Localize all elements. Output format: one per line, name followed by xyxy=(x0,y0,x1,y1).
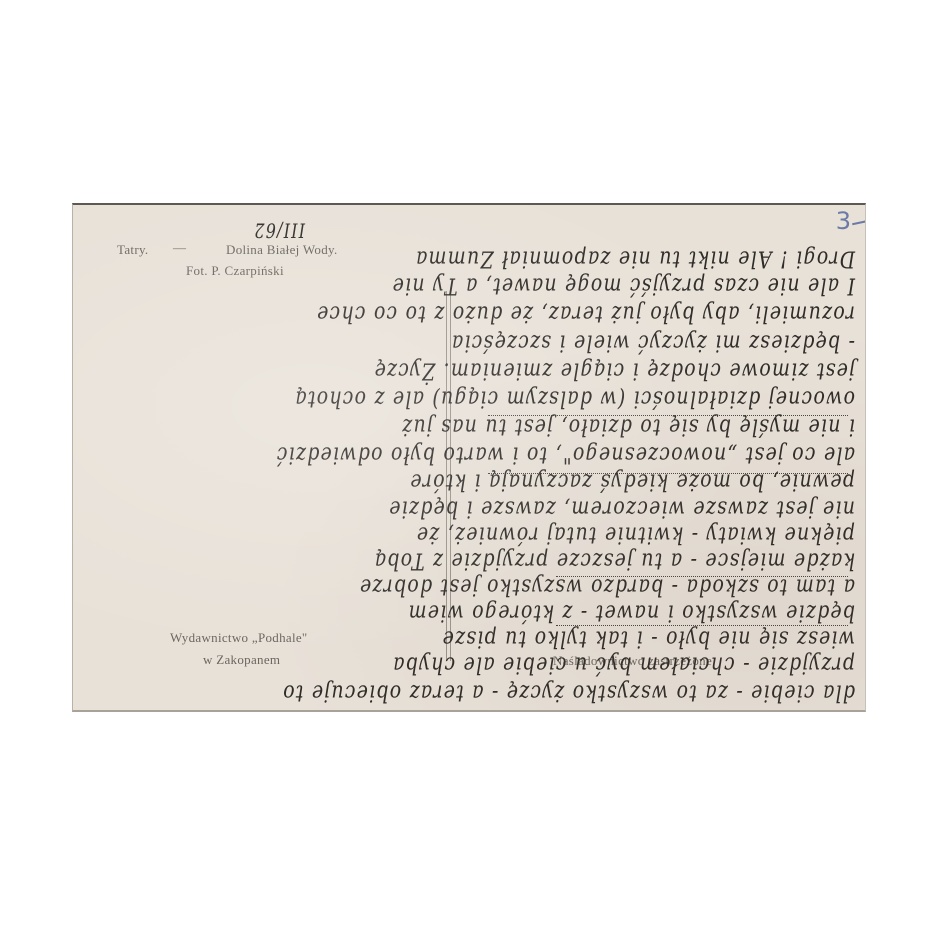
handwriting-line: I ale nie czas przyjść mogę nawet, a Ty … xyxy=(391,272,855,300)
postcard-back: Tatry. — Dolina Białej Wody. Fot. P. Cza… xyxy=(72,203,866,712)
handwriting-line: - będziesz mi życzyć wiele i szczęścia xyxy=(451,329,855,357)
handwriting-line: wiesz się nie było - i tak tylko tu pisz… xyxy=(441,625,855,653)
handwriting-line: dla ciebie - za to wszystko życzę - a te… xyxy=(282,679,855,707)
handwriting-line: będzie wszystko i nawet - z którego wiem xyxy=(407,599,855,627)
handwriting-line: każde miejsce - a tu jeszcze przyjdzie z… xyxy=(374,547,855,575)
handwriting-line: i nie myślę by się to działo, jest tu na… xyxy=(401,413,855,441)
handwriting-line: rozumieli, aby było już teraz, że dużo z… xyxy=(316,300,855,328)
handwriting-line: a tam to szkoda - bardzo wszystko jest d… xyxy=(359,573,855,601)
handwriting-line: pewnie, bo może kiedyś zaczynają i które xyxy=(409,468,855,496)
handwriting-line: Drogi ! Ale nikt tu nie zapomniał Zumma xyxy=(415,245,855,273)
handwriting-line: ale co jest „nowoczesnego", to i warto b… xyxy=(276,441,855,469)
handwriting-line: jest zimowe chodzę i ciągle zmieniam. Ży… xyxy=(373,357,855,385)
handwriting-line: przyjdzie - chciałem być u ciebie ale ch… xyxy=(392,651,855,679)
handwriting-line: owocnej działalności (w dalszym ciągu) a… xyxy=(294,385,855,413)
handwritten-message: dla ciebie - za to wszystko życzę - a te… xyxy=(73,205,865,710)
handwritten-date: III/62 xyxy=(253,219,305,243)
handwriting-line: nie jest zawsze wieczorem, zawsze i będz… xyxy=(388,495,855,523)
handwriting-line: piękne kwiaty - kwitnie tutaj również, ż… xyxy=(416,521,855,549)
